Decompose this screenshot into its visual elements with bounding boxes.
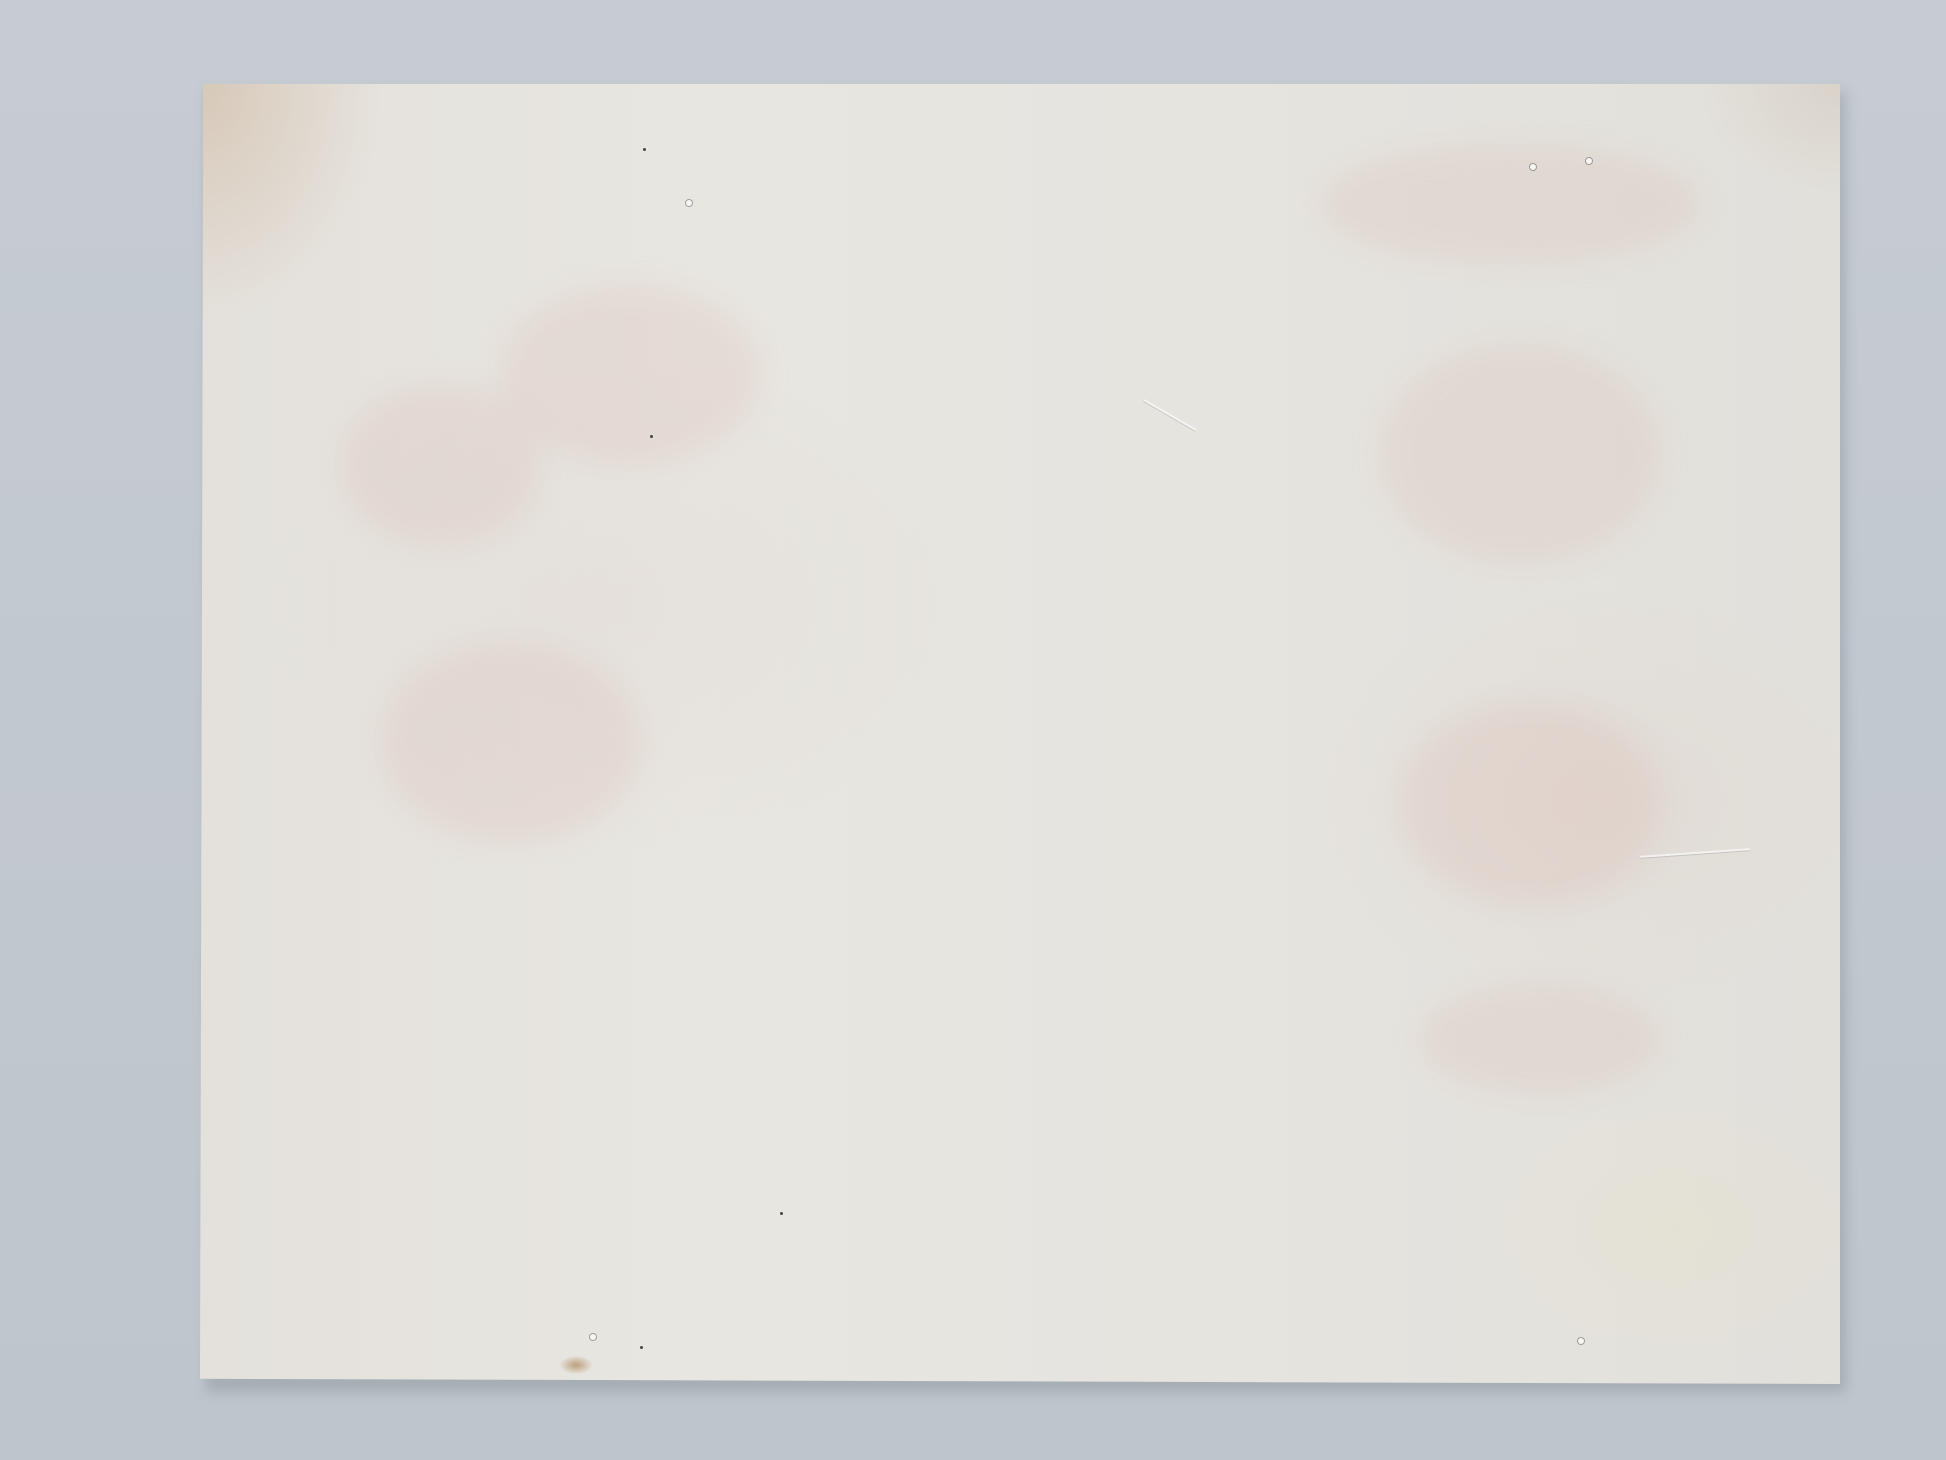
paper-sheet [200, 84, 1840, 1384]
crease-mark [1640, 848, 1750, 858]
speck [640, 1346, 643, 1349]
pinhole [686, 200, 692, 206]
show-through-blotch [1380, 344, 1660, 564]
pinhole [1578, 1338, 1584, 1344]
pinhole [1530, 164, 1536, 170]
speck [650, 435, 653, 438]
speck [780, 1212, 783, 1215]
pinhole [1586, 158, 1592, 164]
show-through-blotch [340, 384, 540, 544]
show-through-blotch [1320, 144, 1700, 264]
speck [643, 148, 646, 151]
show-through-blotch [380, 644, 640, 844]
pinhole [590, 1334, 596, 1340]
crease-mark [1144, 399, 1197, 431]
rust-stain [560, 1356, 592, 1374]
show-through-blotch [500, 284, 760, 464]
show-through-blotch [1400, 704, 1660, 904]
show-through-blotch [1420, 984, 1660, 1094]
